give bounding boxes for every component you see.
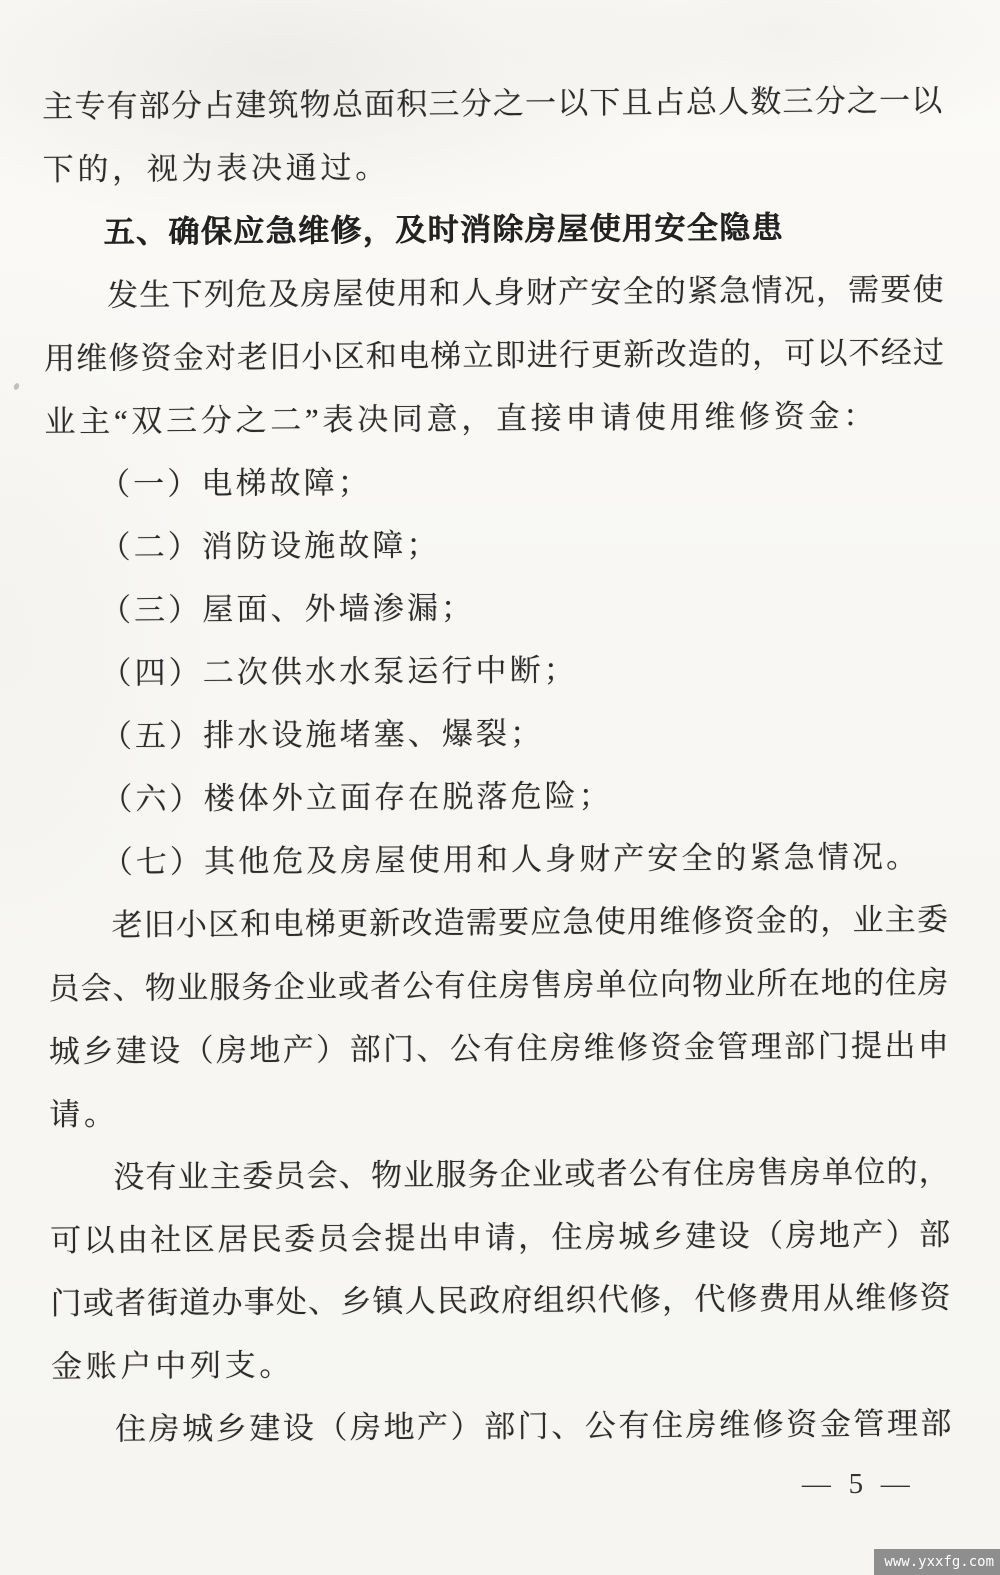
section-heading: 五、确保应急维修，及时消除房屋使用安全隐患	[43, 195, 943, 264]
list-item: （二）消防设施故障；	[45, 510, 945, 579]
scanned-document-page: 主专有部分占建筑物总面积三分之一以下且占总人数三分之一以 下的，视为表决通过。 …	[0, 0, 1000, 1575]
list-item: （六）楼体外立面存在脱落危险；	[47, 762, 947, 831]
text-line: 城乡建设（房地产）部门、公有住房维修资金管理部门提出申	[49, 1014, 949, 1083]
text-line: 没有业主委员会、物业服务企业或者公有住房售房单位的，	[49, 1140, 949, 1209]
text-line: 发生下列危及房屋使用和人身财产安全的紧急情况，需要使	[43, 258, 943, 327]
text-line: 主专有部分占建筑物总面积三分之一以下且占总人数三分之一以	[42, 69, 942, 138]
text-line: 请。	[49, 1077, 949, 1146]
text-line: 门或者街道办事处、乡镇人民政府组织代修，代修费用从维修资	[50, 1266, 950, 1335]
list-item: （一）电梯故障；	[45, 447, 945, 516]
list-item: （三）屋面、外墙渗漏；	[46, 573, 946, 642]
page-number: — 5 —	[802, 1468, 915, 1501]
list-item: （七）其他危及房屋使用和人身财产安全的紧急情况。	[47, 825, 947, 894]
text-line: 住房城乡建设（房地产）部门、公有住房维修资金管理部	[51, 1392, 951, 1461]
watermark-label: www.yxxfg.com	[874, 1549, 1000, 1575]
text-line: 下的，视为表决通过。	[42, 132, 942, 201]
text-line: 业主“双三分之二”表决同意，直接申请使用维修资金：	[44, 384, 944, 453]
text-line: 可以由社区居民委员会提出申请，住房城乡建设（房地产）部	[50, 1203, 950, 1272]
list-item: （五）排水设施堵塞、爆裂；	[46, 699, 946, 768]
text-line: 老旧小区和电梯更新改造需要应急使用维修资金的，业主委	[48, 888, 948, 957]
text-line: 用维修资金对老旧小区和电梯立即进行更新改造的，可以不经过	[44, 321, 944, 390]
text-line: 金账户中列支。	[51, 1329, 951, 1398]
list-item: （四）二次供水水泵运行中断；	[46, 636, 946, 705]
text-line: 员会、物业服务企业或者公有住房售房单位向物业所在地的住房	[48, 951, 948, 1020]
document-body: 主专有部分占建筑物总面积三分之一以下且占总人数三分之一以 下的，视为表决通过。 …	[42, 69, 952, 1461]
